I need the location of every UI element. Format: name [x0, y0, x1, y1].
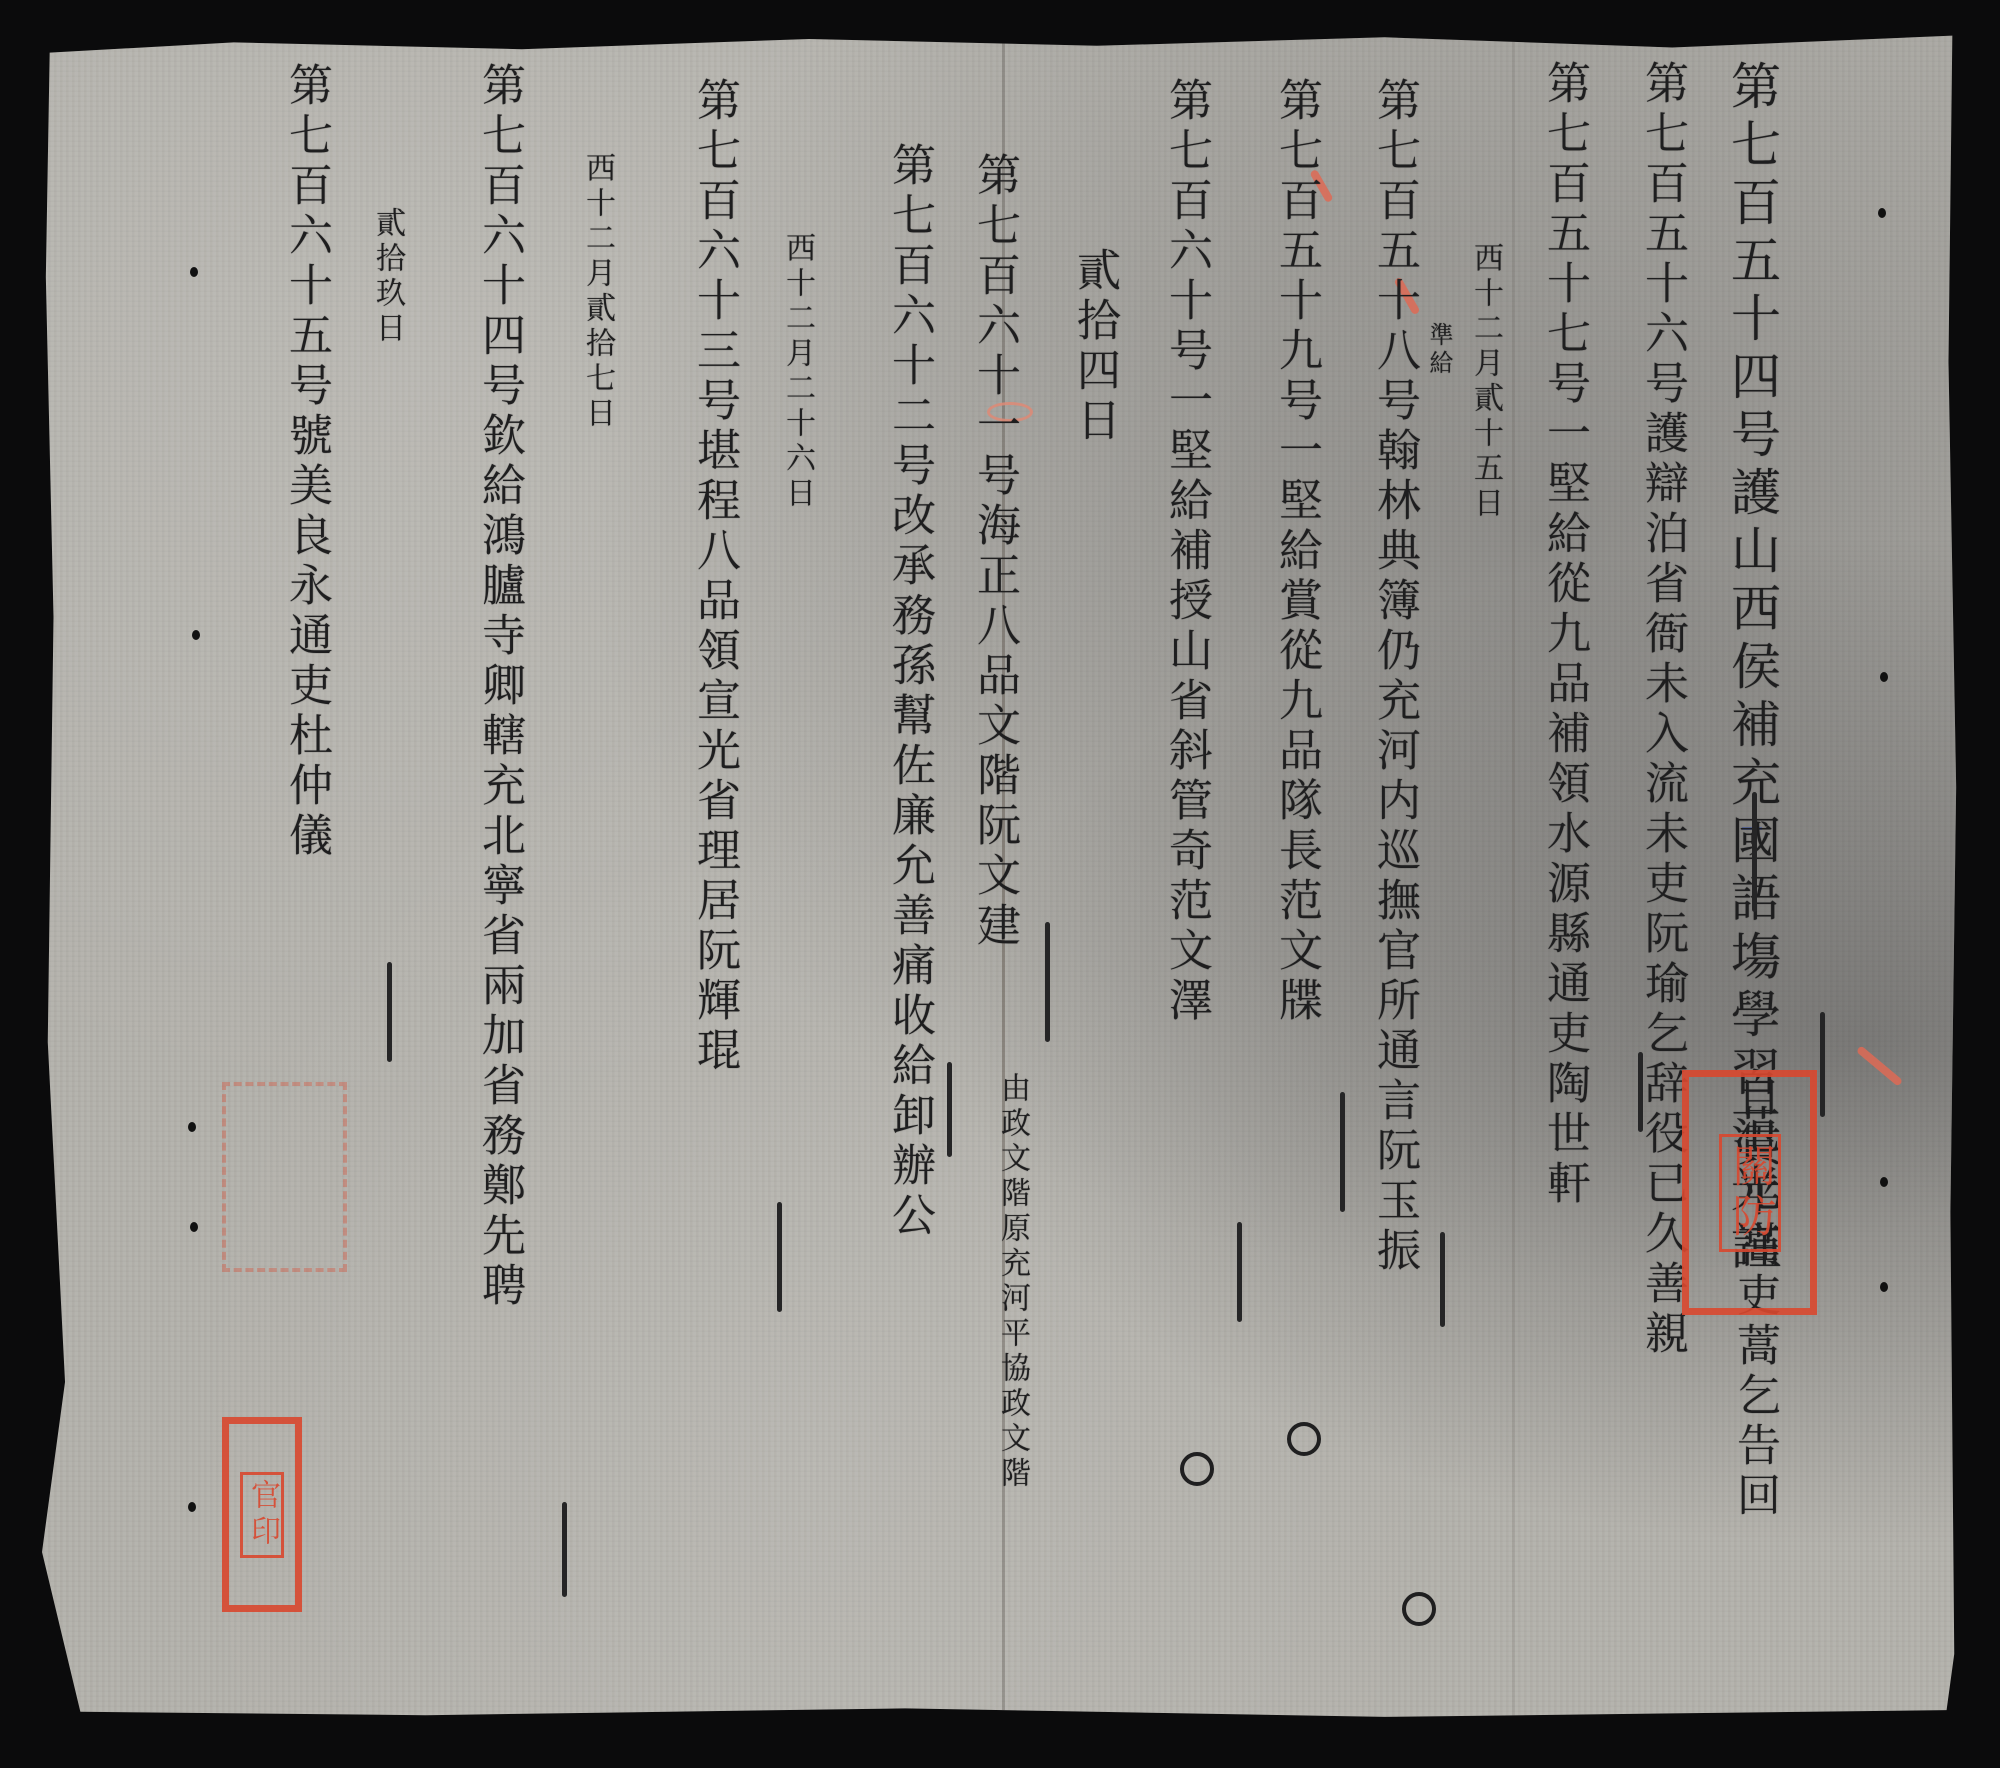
date-entry-24: 貳拾四日: [1072, 247, 1116, 447]
binding-hole: [188, 1502, 196, 1512]
date-entry-26: 西十二月二十六日: [782, 232, 812, 512]
binding-hole: [190, 1222, 198, 1232]
register-column-757: 第七百五十七号一堅給從九品補領水源縣通吏陶世軒: [1542, 60, 1586, 1210]
binding-hole: [1880, 672, 1888, 682]
check-mark-line: [1752, 792, 1757, 912]
register-column-762: 第七百六十二号改承務孫幫佐廉允善痛收給卸辦公: [887, 142, 931, 1242]
check-mark-line: [1820, 1012, 1825, 1117]
binding-hole: [192, 630, 200, 640]
check-mark-line: [1237, 1222, 1242, 1322]
circle-mark: [1180, 1452, 1214, 1486]
register-column-763: 第七百六十三号堪程八品領宣光省理居阮輝琨: [692, 77, 736, 1077]
binding-hole: [1880, 1282, 1888, 1292]
register-column-759: 第七百五十九号一堅給賞從九品隊長范文牒: [1274, 77, 1318, 1027]
document-paper: 第七百五十四号護山西侯補充國語塲學習范光謹 自貫平高吏蒿乞告回 第七百五十六号護…: [42, 22, 1960, 1722]
register-column-761-note: 由政文階原充河平協政文階: [997, 1072, 1027, 1492]
register-column-761: 第七百六十一号海正八品文階阮文建: [972, 152, 1016, 952]
binding-hole: [190, 267, 198, 277]
circle-mark: [1287, 1422, 1321, 1456]
check-mark-line: [1340, 1092, 1345, 1212]
circle-mark: [1402, 1592, 1436, 1626]
date-entry-25: 西十二月貳十五日: [1470, 242, 1500, 522]
date-entry-27: 西十二月貳拾七日: [582, 152, 612, 432]
register-column-760: 第七百六十号一堅給補授山省斜管奇范文澤: [1164, 77, 1208, 1027]
register-column-758: 第七百五十八号翰林典簿仍充河内巡撫官所通言阮玉振: [1372, 77, 1416, 1277]
binding-hole: [1880, 1177, 1888, 1187]
check-mark-line: [387, 962, 392, 1062]
check-mark-line: [562, 1502, 567, 1597]
red-correction-mark: [1856, 1045, 1903, 1086]
check-mark-line: [947, 1062, 952, 1157]
binding-hole: [1878, 208, 1886, 218]
seal-inscription: 關防: [1719, 1134, 1781, 1252]
date-entry-29: 貳拾玖日: [372, 207, 402, 347]
annotation-approved: 準給: [1427, 322, 1451, 378]
check-mark-line: [777, 1202, 782, 1312]
register-column-764: 第七百六十四号欽給鴻臚寺卿轄充北寧省兩加省務鄭先聘: [477, 62, 521, 1312]
official-seal-right: 關防: [1682, 1070, 1817, 1315]
photo-background: 第七百五十四号護山西侯補充國語塲學習范光謹 自貫平高吏蒿乞告回 第七百五十六号護…: [0, 0, 2000, 1768]
check-mark-line: [1440, 1232, 1445, 1327]
faint-seal-left: [222, 1082, 347, 1272]
binding-hole: [188, 1122, 196, 1132]
official-seal-bottom-left: 官印: [222, 1417, 302, 1612]
seal-inscription: 官印: [240, 1472, 284, 1558]
fold-line-right: [1512, 22, 1515, 1722]
register-column-756: 第七百五十六号護辯泊省衙未入流未吏阮瑜乞辞役已久善親: [1640, 60, 1684, 1360]
register-column-765: 第七百六十五号號美良永通吏杜仲儀: [284, 62, 328, 862]
check-mark-line: [1045, 922, 1050, 1042]
check-mark-line: [1638, 1052, 1643, 1132]
